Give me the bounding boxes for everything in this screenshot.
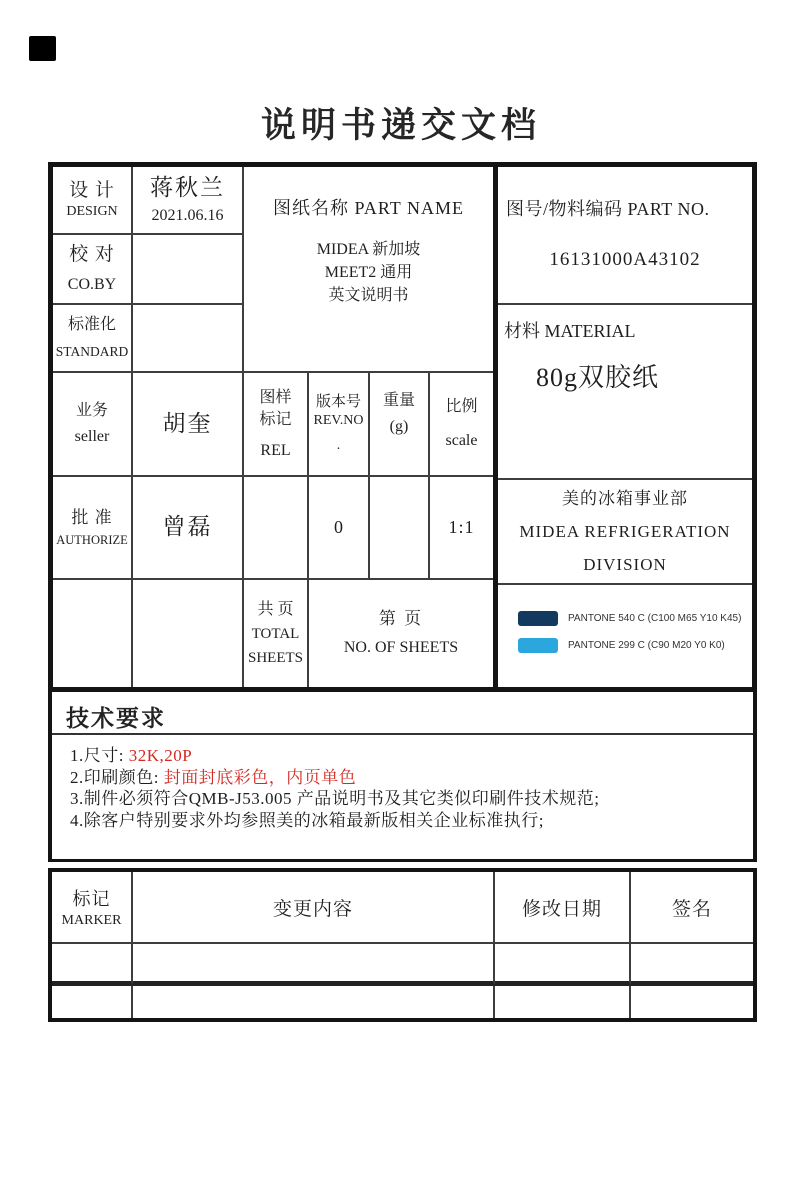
revision-row-cell: [52, 986, 133, 1018]
tech-item: 2.印刷颜色: 封面封底彩色，内页单色: [70, 767, 730, 789]
design-label-en: DESIGN: [66, 203, 117, 221]
seller-label-cn: 业务: [76, 401, 108, 421]
part-no-cell: 图号/物料编码 PART NO. 16131000A43102: [498, 167, 752, 305]
check-label-cell: 校 对 CO.BY: [53, 235, 133, 305]
tech-item-highlight: 封面封底彩色，内页单色: [164, 768, 357, 787]
revno-label-dot: .: [337, 437, 341, 455]
signature-header: 签名: [672, 894, 712, 921]
authorize-value-cell: 曾磊: [133, 477, 244, 580]
no-of-sheets-cell: 第 页 NO. OF SHEETS: [309, 580, 493, 687]
division-cell: 美的冰箱事业部 MIDEA REFRIGERATION DIVISION: [498, 480, 752, 585]
change-content-header-cell: 变更内容: [133, 872, 495, 944]
modify-date-header-cell: 修改日期: [495, 872, 631, 944]
rel-value-cell: [244, 477, 309, 580]
part-name-value: MIDEA 新加坡 MEET2 通用 英文说明书: [317, 238, 421, 308]
change-content-header: 变更内容: [273, 894, 353, 921]
design-value-cell: 蒋秋兰 2021.06.16: [133, 167, 244, 235]
part-no-value: 16131000A43102: [498, 249, 752, 271]
scale-label-cell: 比例 scale: [430, 373, 493, 477]
seller-label-en: seller: [75, 427, 110, 447]
signature-header-cell: 签名: [631, 872, 753, 944]
scale-value-cell: 1:1: [430, 477, 493, 580]
weight-label-cn: 重量: [383, 391, 415, 411]
marker-header-cn: 标记: [73, 885, 111, 911]
standard-label-cell: 标准化 STANDARD: [53, 305, 133, 373]
total-sheets-cell: 共 页 TOTAL SHEETS: [244, 580, 309, 687]
revision-row-cell: [495, 944, 631, 986]
revision-row-cell: [495, 986, 631, 1018]
pantone-cell: PANTONE 540 C (C100 M65 Y10 K45) PANTONE…: [498, 585, 752, 687]
part-name-cell: 图纸名称 PART NAME MIDEA 新加坡 MEET2 通用 英文说明书: [244, 167, 493, 373]
material-cell: 材料 MATERIAL 80g双胶纸: [498, 305, 752, 480]
total-sheets-en1: TOTAL: [252, 622, 300, 646]
rel-label-en: REL: [260, 441, 290, 461]
pantone-row: PANTONE 299 C (C90 M20 Y0 K0): [518, 638, 725, 653]
seller-label-cell: 业务 seller: [53, 373, 133, 477]
scale-label-en: scale: [446, 431, 478, 451]
authorize-label-cell: 批 准 AUTHORIZE: [53, 477, 133, 580]
design-date: 2021.06.16: [152, 206, 224, 226]
seller-value-cell: 胡奎: [133, 373, 244, 477]
pantone-299c-swatch: [518, 638, 558, 653]
standard-value-cell: [133, 305, 244, 373]
empty-cell-bottom-left-2: [133, 580, 244, 687]
info-table: 设 计 DESIGN 蒋秋兰 2021.06.16 校 对 CO.BY 标准化 …: [48, 162, 757, 692]
weight-label-en: (g): [390, 417, 409, 437]
weight-value-cell: [370, 477, 430, 580]
revision-row-cell: [631, 986, 753, 1018]
revision-row-cell: [52, 944, 133, 986]
weight-label-cell: 重量 (g): [370, 373, 430, 477]
no-of-sheets-cn: 第 页: [379, 604, 423, 635]
revision-row-cell: [133, 944, 495, 986]
tech-item: 4.除客户特别要求外均参照美的冰箱最新版相关企业标准执行;: [70, 810, 730, 832]
rel-label-cell: 图样标记 REL: [244, 373, 309, 477]
part-name-label: 图纸名称 PART NAME: [273, 197, 464, 220]
revision-table: 标记 MARKER 变更内容 修改日期 签名: [48, 868, 757, 1022]
pantone-row: PANTONE 540 C (C100 M65 Y10 K45): [518, 611, 741, 626]
pantone-540c-label: PANTONE 540 C (C100 M65 Y10 K45): [568, 613, 741, 624]
authorize-label-cn: 批 准: [71, 507, 112, 528]
material-value: 80g双胶纸: [536, 357, 659, 394]
seller-name: 胡奎: [163, 410, 213, 439]
pantone-299c-label: PANTONE 299 C (C90 M20 Y0 K0): [568, 640, 725, 651]
revision-row-cell: [133, 986, 495, 1018]
designer-name: 蒋秋兰: [150, 174, 225, 203]
pantone-540c-swatch: [518, 611, 558, 626]
page-title: 说明书递交文档: [0, 98, 802, 148]
scale-label-cn: 比例: [445, 397, 477, 417]
part-name-line: 英文说明书: [317, 284, 421, 307]
tech-item-text: 4.除客户特别要求外均参照美的冰箱最新版相关企业标准执行;: [70, 811, 544, 830]
check-label-en: CO.BY: [68, 275, 116, 295]
tech-title-divider: [52, 733, 753, 735]
standard-label-en: STANDARD: [56, 344, 128, 361]
tech-item-text: 3.制件必须符合QMB-J53.005 产品说明书及其它类似印刷件技术规范;: [70, 789, 599, 808]
document-page: 说明书递交文档 设 计 DESIGN 蒋秋兰 2021.06.16 校 对 CO…: [0, 0, 802, 1201]
division-line-en2: DIVISION: [583, 548, 667, 581]
division-line-cn: 美的冰箱事业部: [562, 482, 688, 515]
standard-label-cn: 标准化: [68, 315, 116, 335]
total-sheets-en2: SHEETS: [248, 646, 303, 670]
marker-header-cell: 标记 MARKER: [52, 872, 133, 944]
tech-requirements-list: 1.尺寸: 32K,20P 2.印刷颜色: 封面封底彩色，内页单色 3.制件必须…: [70, 745, 730, 831]
tech-requirements-section: 技术要求 1.尺寸: 32K,20P 2.印刷颜色: 封面封底彩色，内页单色 3…: [48, 692, 757, 862]
tech-item-text: 2.印刷颜色:: [70, 768, 164, 787]
authorizer-name: 曾磊: [163, 513, 213, 542]
tech-item-highlight: 32K,20P: [129, 746, 192, 765]
tech-requirements-title: 技术要求: [66, 700, 166, 733]
tech-item-text: 1.尺寸:: [70, 746, 129, 765]
no-of-sheets-en: NO. OF SHEETS: [344, 634, 458, 663]
division-line-en1: MIDEA REFRIGERATION: [519, 515, 730, 548]
design-label-cell: 设 计 DESIGN: [53, 167, 133, 235]
total-sheets-cn: 共 页: [257, 597, 293, 623]
revno-label-cell: 版本号 REV.NO .: [309, 373, 370, 477]
modify-date-header: 修改日期: [522, 894, 602, 921]
design-label-cn: 设 计: [69, 179, 115, 203]
tech-item: 3.制件必须符合QMB-J53.005 产品说明书及其它类似印刷件技术规范;: [70, 788, 730, 810]
revno-label-en: REV.NO: [314, 412, 364, 430]
corner-square-mark: [29, 36, 56, 61]
material-label: 材料 MATERIAL: [504, 317, 636, 343]
tech-item: 1.尺寸: 32K,20P: [70, 745, 730, 767]
authorize-label-en: AUTHORIZE: [56, 533, 128, 549]
marker-header-en: MARKER: [62, 913, 122, 929]
part-name-line: MIDEA 新加坡: [317, 238, 421, 261]
revno-label-cn: 版本号: [316, 393, 361, 412]
empty-cell-bottom-left-1: [53, 580, 133, 687]
part-name-line: MEET2 通用: [317, 261, 421, 284]
part-no-label: 图号/物料编码 PART NO.: [506, 195, 709, 221]
check-label-cn: 校 对: [69, 243, 115, 267]
check-value-cell: [133, 235, 244, 305]
rel-label-cn: 图样标记: [257, 387, 295, 430]
revision-row-cell: [631, 944, 753, 986]
revno-value-cell: 0: [309, 477, 370, 580]
